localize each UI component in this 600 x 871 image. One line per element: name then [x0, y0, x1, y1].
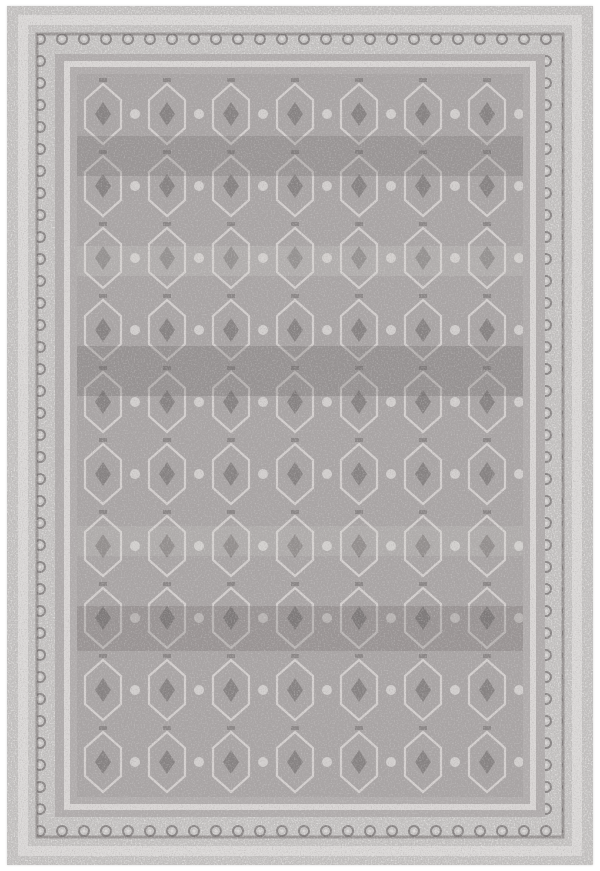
rug-pattern: [7, 6, 593, 865]
rug-photo: [7, 6, 593, 865]
